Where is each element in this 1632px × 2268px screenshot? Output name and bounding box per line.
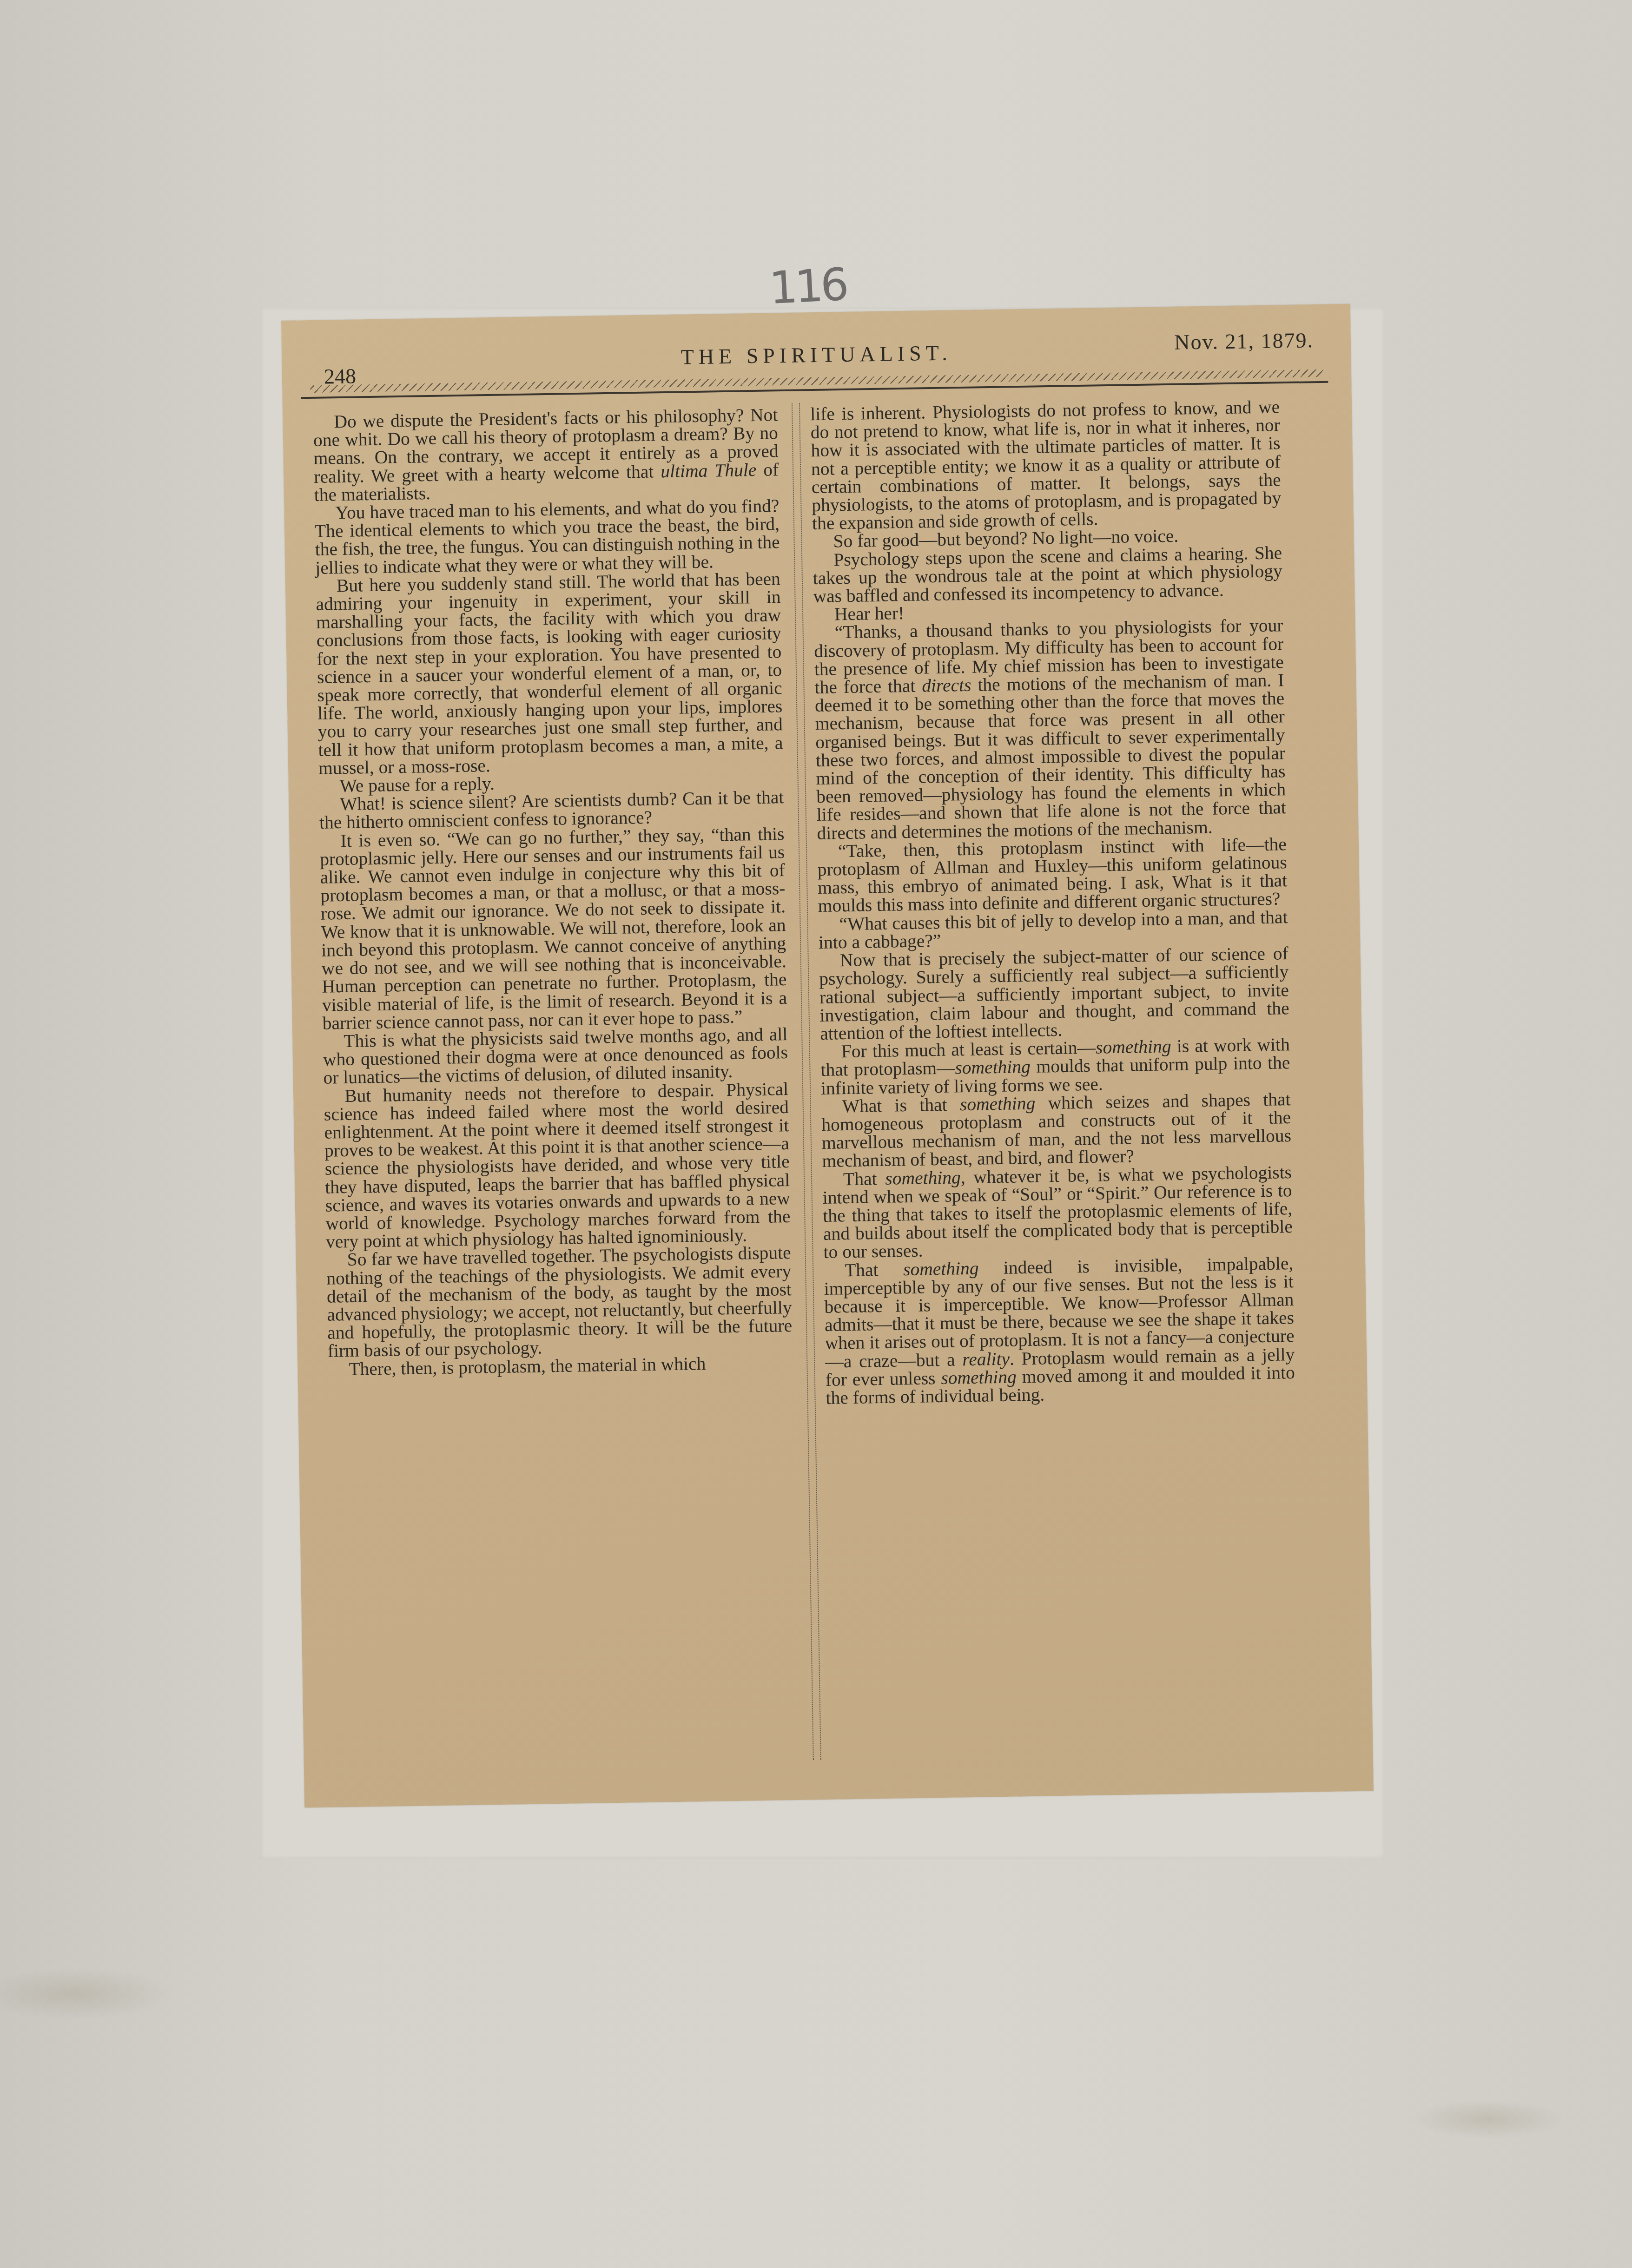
right-column: life is inherent. Physiologists do not p… xyxy=(810,398,1295,1407)
paragraph: Psychology steps upon the scene and clai… xyxy=(813,544,1283,606)
paragraph: That something indeed is invisible, impa… xyxy=(824,1254,1295,1407)
paragraph: Do we dispute the President's facts or h… xyxy=(313,406,779,504)
paragraph: That something, whatever it be, is what … xyxy=(822,1163,1293,1262)
paragraph: You have traced man to his elements, and… xyxy=(314,497,780,577)
newspaper-clipping: 248 THE SPIRITUALIST. Nov. 21, 1879. Do … xyxy=(281,304,1374,1808)
paragraph: For this much at least is certain—someth… xyxy=(820,1035,1291,1097)
paragraph: Now that is precisely the subject-matter… xyxy=(819,944,1289,1043)
paragraph: So far we have travelled together. The p… xyxy=(326,1244,793,1360)
paragraph: What is that something which seizes and … xyxy=(821,1090,1291,1171)
paragraph: This is what the physicists said twelve … xyxy=(323,1025,788,1087)
paragraph: life is inherent. Physiologists do not p… xyxy=(810,398,1282,533)
paragraph: But here you suddenly stand still. The w… xyxy=(316,570,784,778)
paragraph: It is even so. “We can go no further,” t… xyxy=(319,825,787,1033)
paragraph: “Take, then, this protoplasm instinct wi… xyxy=(817,835,1288,916)
left-column: Do we dispute the President's facts or h… xyxy=(313,406,793,1378)
paragraph: “Thanks, a thousand thanks to you physio… xyxy=(813,617,1286,843)
pencil-page-number: 116 xyxy=(768,258,847,314)
issue-date: Nov. 21, 1879. xyxy=(1174,328,1314,355)
paragraph: But humanity needs not therefore to desp… xyxy=(324,1080,791,1251)
